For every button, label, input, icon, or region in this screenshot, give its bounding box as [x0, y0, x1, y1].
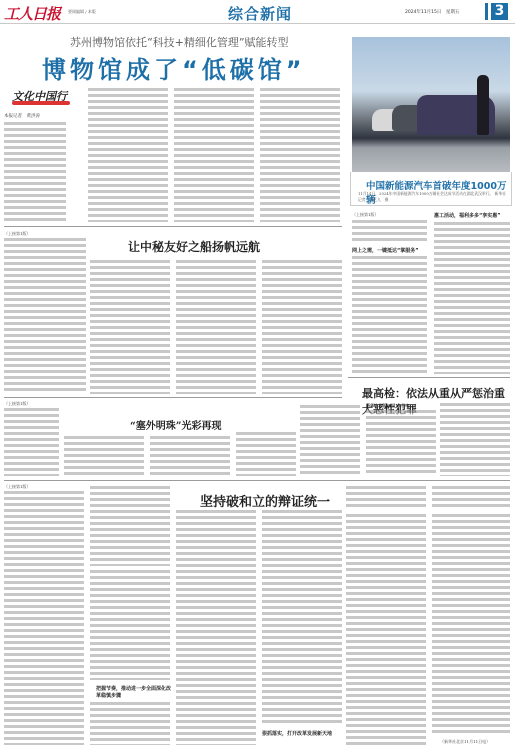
lead-text-col-2 [88, 88, 168, 222]
news-photo-cars [352, 37, 510, 172]
divider [348, 377, 510, 378]
masthead: 工人日报 要闻编辑 / 本版 综合新闻 2024年11月15日 星期五 3 [0, 0, 515, 24]
lead-kicker: 苏州博物馆依托“科技+精细化管理”赋能转型 [70, 34, 288, 50]
photo-caption: 11月14日，2024年中国新能源汽车1000万辆社会达成节活动在湖北武汉举行。… [358, 191, 508, 203]
story5-text-col-5a [346, 486, 426, 510]
continued-label: （上接第1版） [352, 212, 379, 218]
right-subhead-1: 网上之需，一键抵达“掌服务” [352, 247, 419, 254]
divider [4, 480, 510, 481]
story5-subhead-1: 把握节奏，推动进一步全面深化改革稳慎步骤 [96, 686, 174, 700]
divider [4, 397, 342, 398]
story5-headline: 坚持破和立的辩证统一 [200, 491, 330, 510]
page-number: 3 [488, 3, 508, 20]
story3-headline: “塞外明珠”光彩再现 [130, 417, 222, 432]
story5-text-col-1 [4, 491, 84, 745]
story2-text-col-1 [4, 238, 86, 394]
logo-subtitle: 要闻编辑 / 本版 [68, 9, 96, 15]
section-title: 综合新闻 [228, 3, 292, 24]
right-text-1a [352, 220, 427, 244]
story5-text-col-2c [90, 702, 170, 745]
newspaper-logo: 工人日报 [4, 3, 60, 24]
story5-text-col-6 [432, 514, 510, 736]
continued-label: （上接第1版） [4, 231, 31, 237]
story5-text-col-6a [432, 486, 510, 510]
issue-date: 2024年11月15日 星期五 [405, 9, 459, 15]
story3-text-col-1 [4, 408, 59, 476]
story5-text-col-3 [176, 510, 256, 745]
story2-text-col-4 [262, 260, 342, 394]
lead-text-col-1 [4, 122, 66, 222]
caption-text: 11月14日，2024年中国新能源汽车1000万辆社会达成节活动在湖北武汉举行。 [358, 191, 493, 196]
story4-text-col-2 [366, 410, 436, 476]
lead-text-col-4 [260, 88, 340, 222]
story3-text-col-3 [150, 436, 230, 476]
story4-dateline: 新华社北京11月14日电 [366, 403, 409, 409]
lead-text-col-3 [174, 88, 254, 222]
divider [4, 226, 342, 227]
continued-label: （上接第1版） [4, 484, 31, 490]
story5-subhead-2: 狠抓落实，打开改革发展新天地 [262, 730, 332, 737]
story5-text-col-2a [90, 486, 170, 566]
story3-text-col-2 [64, 436, 144, 476]
story2-text-col-2 [90, 260, 170, 394]
story5-end-note: （新华社北京11月11日电） [440, 739, 490, 745]
person-figure [477, 75, 489, 135]
lead-byline: 本报记者 黄洪涛 [4, 113, 40, 119]
story5-text-col-2b [90, 570, 170, 680]
story2-headline: 让中秘友好之船扬帆远航 [128, 238, 260, 255]
column-logo: 文化中国行 [12, 88, 67, 104]
story4-text-col-1 [300, 405, 360, 477]
story2-text-col-3 [176, 260, 256, 394]
story5-text-col-5 [346, 514, 426, 745]
story3-text-col-4 [236, 432, 296, 476]
right-text-1b [352, 256, 427, 374]
continued-label: （上接第1版） [4, 401, 31, 407]
story4-text-col-3 [440, 403, 510, 476]
story5-text-col-4 [262, 510, 342, 725]
lead-headline: 博物馆成了“低碳馆” [42, 50, 306, 85]
right-text-2 [434, 222, 510, 374]
right-subhead-2: 惠工活动，福利多多“享实惠” [434, 212, 501, 219]
